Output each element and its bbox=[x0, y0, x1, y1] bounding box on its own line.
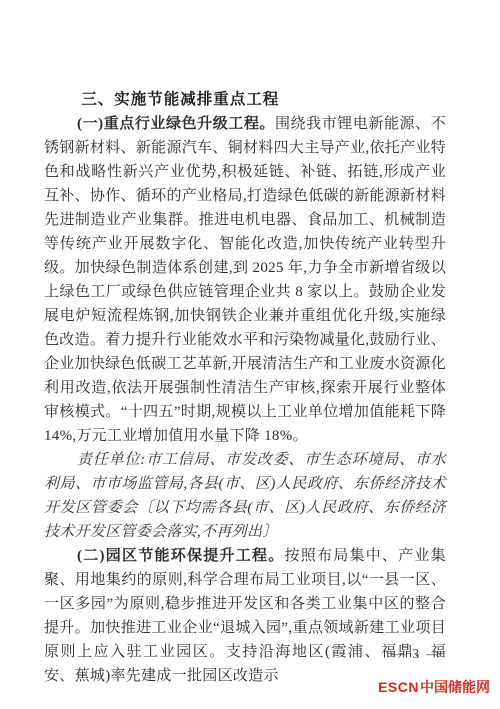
document-page: 三、实施节能减排重点工程 (一)重点行业绿色升级工程。围绕我市锂电新能源、不锈钢… bbox=[0, 0, 500, 709]
document-body: 三、实施节能减排重点工程 (一)重点行业绿色升级工程。围绕我市锂电新能源、不锈钢… bbox=[44, 88, 446, 688]
paragraph-2-lead: 责任单位: bbox=[77, 452, 146, 468]
paragraph-responsible-units: 责任单位:市工信局、市发改委、市生态环境局、市水利局、市市场监管局,各县(市、区… bbox=[44, 448, 446, 544]
escn-logo-latin: ESCN bbox=[378, 679, 420, 695]
paragraph-3-text: 按照布局集中、产业集聚、用地集约的原则,科学合理布局工业项目,以“一县一区、一区… bbox=[44, 548, 446, 684]
escn-logo-cjk: 中国储能网 bbox=[420, 679, 490, 695]
paragraph-3-lead: (二)园区节能环保提升工程。 bbox=[77, 548, 284, 564]
paragraph-key-industry-green-upgrade: (一)重点行业绿色升级工程。围绕我市锂电新能源、不锈钢新材料、新能源汽车、铜材料… bbox=[44, 112, 446, 448]
escn-watermark-logo: ESCN中国储能网 bbox=[378, 680, 490, 695]
paragraph-park-energy-saving-upgrade: (二)园区节能环保提升工程。按照布局集中、产业集聚、用地集约的原则,科学合理布局… bbox=[44, 544, 446, 688]
section-heading: 三、实施节能减排重点工程 bbox=[44, 88, 446, 112]
paragraph-1-lead: (一)重点行业绿色升级工程。 bbox=[77, 116, 275, 132]
page-number: — 3 — bbox=[392, 646, 443, 662]
paragraph-1-text: 围绕我市锂电新能源、不锈钢新材料、新能源汽车、铜材料四大主导产业,依托产业特色和… bbox=[44, 116, 446, 444]
